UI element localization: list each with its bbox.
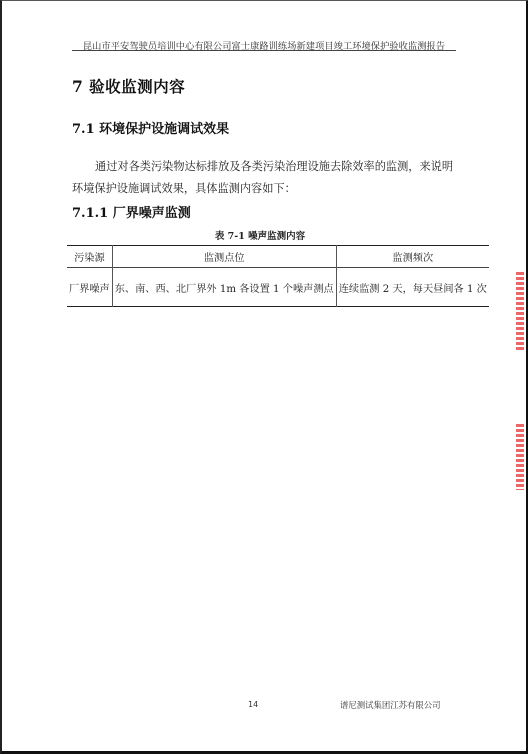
subsection-heading: 7.1 环境保护设施调试效果	[72, 118, 229, 137]
cell-location: 东、南、西、北厂界外 1m 各设置 1 个噪声测点	[112, 268, 336, 307]
cell-frequency: 连续监测 2 天，每天昼间各 1 次	[336, 268, 489, 307]
seal-stamp-mark	[516, 272, 524, 352]
column-header-source: 污染源	[67, 246, 112, 268]
column-header-frequency: 监测频次	[336, 246, 489, 268]
body-paragraph: 通过对各类污染物达标排放及各类污染治理设施去除效率的监测，来说明环境保护设施调试…	[72, 156, 460, 200]
header-rule	[72, 50, 456, 51]
noise-monitoring-table: 污染源 监测点位 监测频次 厂界噪声 东、南、西、北厂界外 1m 各设置 1 个…	[67, 245, 489, 307]
cell-source: 厂界噪声	[67, 268, 112, 307]
seal-stamp-mark	[516, 424, 524, 490]
page-number: 14	[248, 700, 258, 709]
section-heading: 7 验收监测内容	[72, 75, 185, 97]
column-header-location: 监测点位	[112, 246, 336, 268]
subsubsection-heading: 7.1.1 厂界噪声监测	[72, 202, 191, 221]
table-header-row: 污染源 监测点位 监测频次	[67, 246, 489, 268]
table-caption: 表 7-1 噪声监测内容	[60, 228, 460, 242]
footer-company: 谱尼测试集团江苏有限公司	[340, 699, 441, 711]
table-row: 厂界噪声 东、南、西、北厂界外 1m 各设置 1 个噪声测点 连续监测 2 天，…	[67, 268, 489, 307]
page-frame	[0, 0, 528, 754]
